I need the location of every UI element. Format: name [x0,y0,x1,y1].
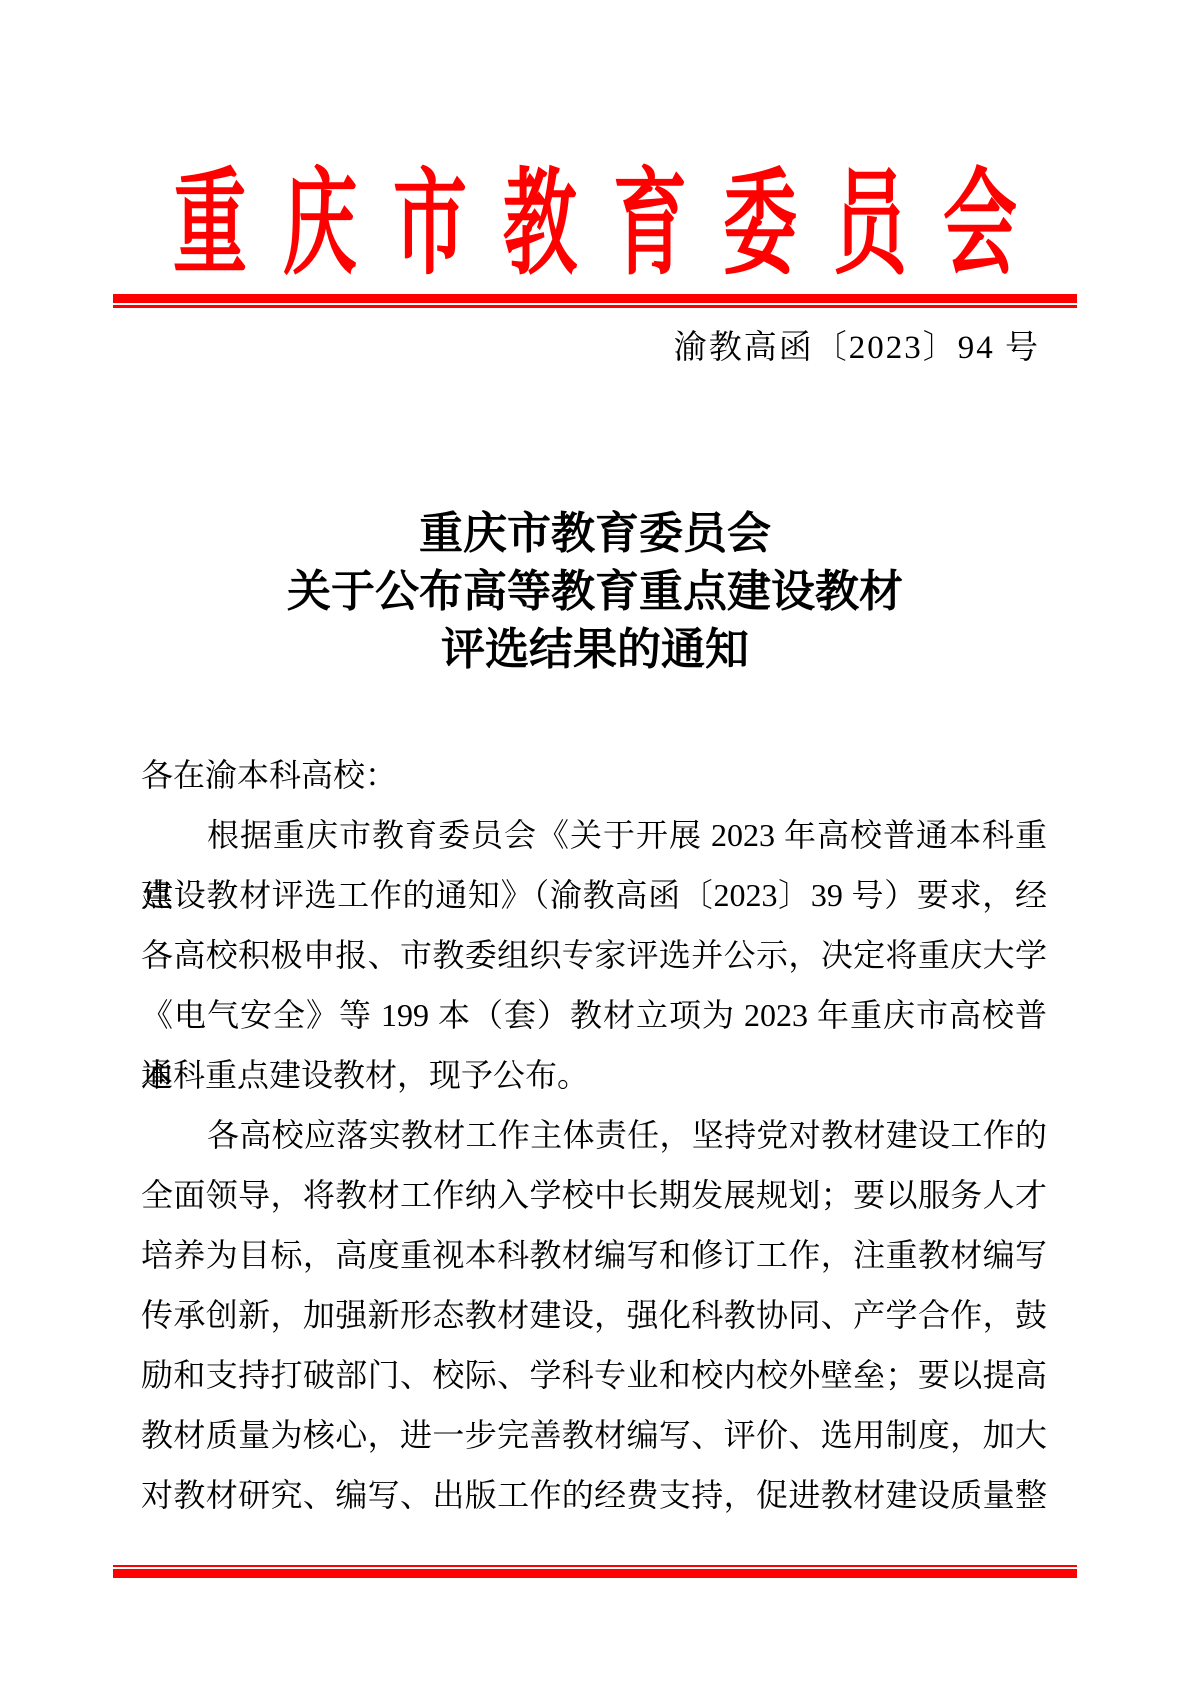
document-title-line-3: 评选结果的通知 [113,621,1077,679]
document-number: 渝教高函〔2023〕94 号 [674,328,1040,368]
footer-rule-thick-line [113,1569,1077,1578]
body-line: 全面领导，将教材工作纳入学校中长期发展规划；要以服务人才 [141,1165,1047,1225]
agency-banner-title: 重庆市教育委员会 [113,169,1077,284]
body-line: 教材质量为核心，进一步完善教材编写、评价、选用制度，加大 [141,1405,1047,1465]
body-line: 各高校应落实教材工作主体责任，坚持党对教材建设工作的 [141,1105,1047,1165]
body-line: 励和支持打破部门、校际、学科专业和校内校外壁垒；要以提高 [141,1345,1047,1405]
document-title-line-1: 重庆市教育委员会 [113,505,1077,563]
document-title: 重庆市教育委员会 关于公布高等教育重点建设教材 评选结果的通知 [113,505,1077,679]
body-line: 根据重庆市教育委员会《关于开展 2023 年高校普通本科重点 [141,805,1047,865]
body-line: 传承创新，加强新形态教材建设，强化科教协同、产学合作，鼓 [141,1285,1047,1345]
header-rule-thick-line [113,294,1077,303]
header-double-rule [113,294,1077,308]
body-line: 《电气安全》等 199 本（套）教材立项为 2023 年重庆市高校普通 [141,985,1047,1045]
header-rule-thin-line [113,305,1077,308]
body-line: 对教材研究、编写、出版工作的经费支持，促进教材建设质量整 [141,1465,1047,1525]
body-line: 建设教材评选工作的通知》（渝教高函〔2023〕39 号）要求，经 [141,865,1047,925]
body-lines: 各在渝本科高校：根据重庆市教育委员会《关于开展 2023 年高校普通本科重点建设… [141,745,1047,1525]
document-page: 重庆市教育委员会 渝教高函〔2023〕94 号 重庆市教育委员会 关于公布高等教… [0,0,1191,1684]
body-line: 各在渝本科高校： [141,745,1047,805]
document-title-line-2: 关于公布高等教育重点建设教材 [113,563,1077,621]
body-line: 各高校积极申报、市教委组织专家评选并公示，决定将重庆大学 [141,925,1047,985]
body-line: 培养为目标，高度重视本科教材编写和修订工作，注重教材编写 [141,1225,1047,1285]
footer-double-rule [113,1565,1077,1578]
body-line: 本科重点建设教材，现予公布。 [141,1045,1047,1105]
